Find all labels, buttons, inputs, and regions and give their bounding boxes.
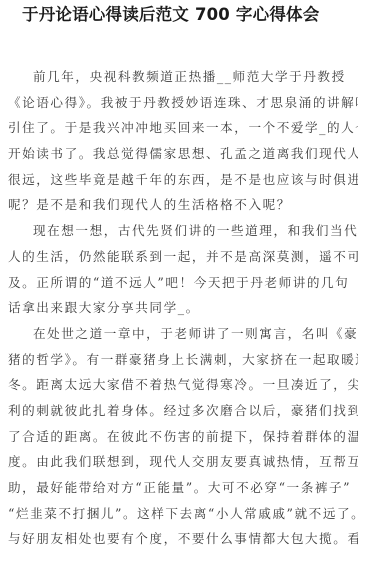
body-line: 及。正所谓的“道不远人”吧！今天把于丹老师讲的几句 — [8, 270, 358, 296]
body-line: 冬。距离太远大家借不着热气觉得寒冷。一旦凑近了，尖 — [8, 372, 358, 398]
body-line: 在处世之道一章中，于老师讲了一则寓言，名叫《豪 — [8, 321, 358, 347]
body-line: 了合适的距离。在彼此不伤害的前提下，保持着群体的温 — [8, 424, 358, 450]
body-line: 话拿出来跟大家分享共同学_。 — [8, 295, 358, 321]
document-title: 于丹论语心得读后范文 700 字心得体会 — [22, 3, 352, 27]
body-line: 利的刺就彼此扎着身体。经过多次磨合以后，豪猪们找到 — [8, 398, 358, 424]
body-line: 很远，这些毕竟是越千年的东西，是不是也应该与时俱进 — [8, 167, 358, 193]
body-line: 与好朋友相处也要有个度，不要什么事情都大包大揽。看 — [8, 526, 358, 552]
body-line: 前几年，央视科教频道正热播__师范大学于丹教授 — [8, 64, 358, 90]
document-page: 于丹论语心得读后范文 700 字心得体会 前几年，央视科教频道正热播__师范大学… — [0, 0, 366, 573]
body-line: 现在想一想，古代先贤们讲的一些道理，和我们当代 — [8, 218, 358, 244]
body-line: 开始读书了。我总觉得儒家思想、孔孟之道离我们现代人 — [8, 141, 358, 167]
body-line: 引住了。于是我兴冲冲地买回来一本，一个不爱学_的人也 — [8, 115, 358, 141]
body-line: 猪的哲学》。有一群豪猪身上长满刺，大家挤在一起取暖过 — [8, 347, 358, 373]
body-line: 人的生活，仍然能联系到一起，并不是高深莫测，遥不可 — [8, 244, 358, 270]
body-line: 度。由此我们联想到，现代人交朋友要真诚热情，互帮互 — [8, 449, 358, 475]
body-line: “烂韭菜不打捆儿”。这样下去离“小人常戚戚”就不远了。 — [8, 501, 358, 527]
body-line: 助，最好能带给对方“正能量”。大可不必穿“一条裤子” — [8, 475, 358, 501]
body-line: 《论语心得》。我被于丹教授妙语连珠、才思泉涌的讲解吸 — [8, 90, 358, 116]
document-body: 前几年，央视科教频道正热播__师范大学于丹教授 《论语心得》。我被于丹教授妙语连… — [8, 64, 358, 552]
body-line: 呢？是不是和我们现代人的生活格格不入呢？ — [8, 192, 358, 218]
